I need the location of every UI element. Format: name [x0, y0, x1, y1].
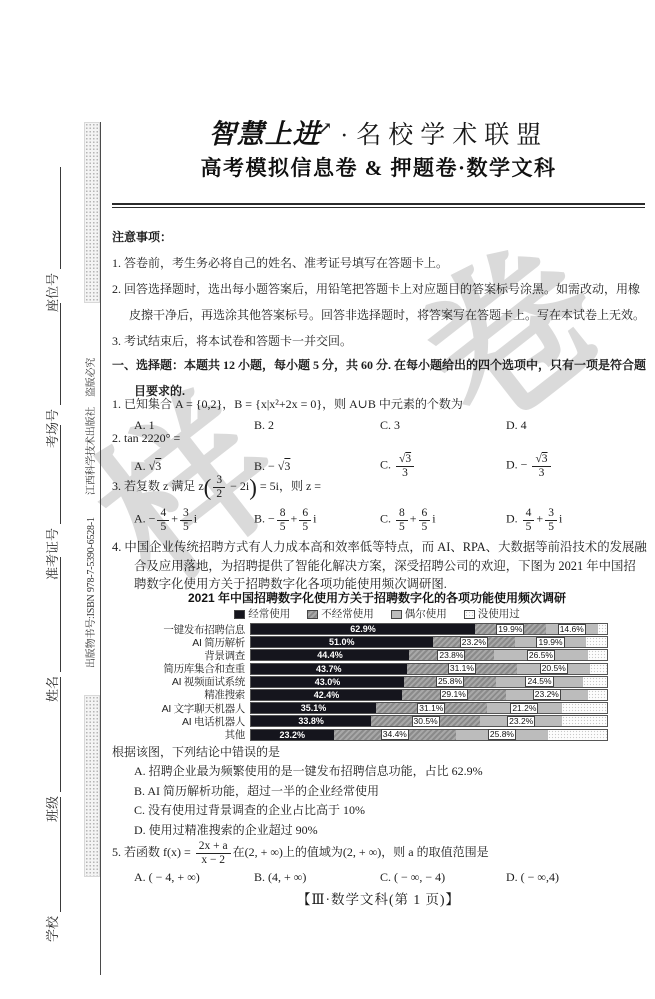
bar-segment-3 [586, 637, 607, 647]
segment-value: 43.7% [316, 664, 342, 674]
radicand: 3 [542, 453, 548, 465]
field-school: 学校 [42, 797, 61, 942]
fill-blank-line [47, 797, 61, 912]
bar-segment-1: 34.4% [334, 730, 456, 740]
question-4-options: 根据该图，下列结论中错误的是 A. 招聘企业最为频繁使用的是一键发布招聘信息功能… [112, 742, 647, 840]
fill-blank-line [47, 677, 61, 792]
plus-sign: + [291, 512, 298, 526]
right-paren: ) [249, 475, 257, 500]
option-a: A. ( − 4, + ∞) [134, 866, 254, 888]
legend-label: 没使用过 [478, 608, 520, 620]
option-b: B. AI 简历解析功能，超过一半的企业经常使用 [112, 782, 647, 802]
option-d: D. 45+35i [506, 507, 647, 533]
stem-text: 5. 若函数 f(x) = [112, 845, 191, 859]
stem-text: 3. 若复数 z 满足 z [112, 479, 204, 493]
radicand: 3 [405, 453, 411, 465]
option-b: B. (4, + ∞) [254, 866, 380, 888]
question-stem: 3. 若复数 z 满足 z(32 − 2i) = 5i，则 z = [112, 470, 647, 502]
chart-rows: 一键发布招聘信息62.9%19.9%14.6%AI 简历解析51.0%23.2%… [146, 623, 608, 741]
bar-segment-3 [590, 664, 607, 674]
bar-segment-3 [562, 703, 607, 713]
denominator: 5 [523, 520, 535, 533]
notice-item: 1. 答卷前，考生务必将自己的姓名、准考证号填写在答题卡上。 [112, 250, 647, 276]
bar-segment-0: 35.1% [251, 703, 376, 713]
bar-segment-2: 26.5% [494, 650, 588, 660]
bar-segment-0: 44.4% [251, 650, 409, 660]
numerator: 4 [157, 507, 169, 519]
option-a: A. −45+35i [134, 507, 254, 533]
bar-row: AI 电话机器人33.8%30.5%23.2% [146, 715, 608, 727]
segment-value: 23.2% [460, 637, 488, 648]
numerator: √3 [532, 453, 550, 465]
segment-value: 62.9% [350, 624, 376, 634]
header-divider [112, 203, 645, 208]
left-paren: ( [204, 475, 212, 500]
option-d: D. ( − ∞,4) [506, 866, 647, 888]
numerator: 8 [277, 507, 289, 519]
question-stem: 1. 已知集合 A = {0,2}，B = {x|x²+2x = 0}，则 A∪… [112, 394, 647, 414]
numerator: √3 [396, 453, 414, 465]
seal-line [100, 122, 101, 975]
legend-swatch [234, 610, 245, 619]
imaginary-unit: i [313, 512, 316, 526]
option-c: C. ( − ∞, − 4) [380, 866, 506, 888]
chart-title: 2021 年中国招聘数字化使用方关于招聘数字化的各项功能使用频次调研 [146, 592, 608, 605]
denominator: 5 [180, 520, 192, 533]
field-label: 学校 [42, 916, 61, 942]
stacked-bar: 44.4%23.8%26.5% [250, 649, 608, 661]
imaginary-unit: i [559, 512, 562, 526]
bar-segment-2: 20.5% [517, 664, 590, 674]
fraction: 85 [396, 507, 408, 533]
option-label: A. [134, 512, 146, 526]
segment-value: 25.8% [488, 729, 516, 740]
segment-value: 29.1% [440, 689, 468, 700]
segment-value: 23.2% [533, 689, 561, 700]
denominator: x − 2 [196, 853, 231, 866]
brand-alliance-name: 名校学术联盟 [356, 122, 548, 149]
fraction: 85 [277, 507, 289, 533]
bar-segment-3 [588, 690, 607, 700]
isbn-text: 出版物书号:ISBN 978-7-5390-6528-1 [82, 517, 97, 668]
bar-segment-1: 31.1% [407, 664, 518, 674]
numerator: 6 [299, 507, 311, 519]
bar-segment-1: 30.5% [371, 716, 480, 726]
publisher-notice: 江西科学技术出版社 盗版必究 [82, 343, 97, 495]
stacked-bar: 35.1%31.1%21.2% [250, 702, 608, 714]
legend-item: 经常使用 [234, 608, 290, 620]
seal-texture-band-top [84, 122, 100, 303]
bar-segment-3 [588, 650, 607, 660]
bar-segment-0: 23.2% [251, 730, 334, 740]
numerator: 4 [523, 507, 535, 519]
stacked-bar: 23.2%34.4%25.8% [250, 729, 608, 741]
legend-label: 偶尔使用 [405, 608, 447, 620]
bar-segment-0: 62.9% [251, 624, 475, 634]
fill-blank-line [47, 425, 61, 524]
options-row: A. −45+35i B. −85+65i C. 85+65i D. 45+35… [134, 502, 647, 538]
legend-swatch [307, 610, 318, 619]
fraction: 35 [180, 507, 192, 533]
option-c: C. 85+65i [380, 507, 506, 533]
segment-value: 51.0% [329, 637, 355, 647]
segment-value: 21.2% [510, 703, 538, 714]
denominator: 2 [213, 487, 225, 500]
segment-value: 26.5% [527, 650, 555, 661]
bar-segment-0: 43.0% [251, 677, 404, 687]
legend-item: 不经常使用 [307, 608, 374, 620]
logo-arrow-icon: ↗ [319, 120, 332, 137]
bar-row: AI 文字聊天机器人35.1%31.1%21.2% [146, 702, 608, 714]
question-stem: 2. tan 2220° = [112, 428, 647, 448]
segment-value: 23.2% [280, 730, 306, 740]
segment-value: 23.2% [507, 716, 535, 727]
denominator: 5 [299, 520, 311, 533]
seal-texture-band-bottom [84, 695, 100, 877]
minus-sign: − [268, 512, 275, 526]
notice-title: 注意事项： [112, 224, 647, 250]
segment-value: 34.4% [381, 729, 409, 740]
stem-text: − 2i [230, 479, 249, 493]
legend-swatch [391, 610, 402, 619]
paper-title: 高考模拟信息卷 & 押题卷·数学文科 [112, 152, 645, 182]
bar-segment-3 [562, 716, 607, 726]
bar-segment-2: 23.2% [506, 690, 589, 700]
legend-item: 没使用过 [464, 608, 520, 620]
publisher-text: 江西科学技术出版社 盗版必究 [82, 358, 97, 495]
option-label: C. [380, 512, 391, 526]
exam-paper-page: 样 卷 座位号 考场号 准考证号 姓名 班级 学校 江西科学技术出版社 盗版必究… [0, 0, 655, 999]
denominator: 5 [545, 520, 557, 533]
option-label: B. [254, 512, 265, 526]
segment-value: 24.5% [525, 676, 553, 687]
bar-segment-2: 14.6% [546, 624, 598, 634]
isbn-notice: 出版物书号:ISBN 978-7-5390-6528-1 [82, 496, 97, 668]
segment-value: 31.1% [448, 663, 476, 674]
segment-value: 14.6% [558, 624, 586, 635]
bar-category-label: 其他 [146, 727, 250, 742]
bar-row: AI 视频面试系统43.0%25.8%24.5% [146, 676, 608, 688]
option-label: D. [506, 512, 518, 526]
bar-segment-1: 23.2% [433, 637, 516, 647]
bar-row: AI 简历解析51.0%23.2%19.9% [146, 636, 608, 648]
fraction: 45 [157, 507, 169, 533]
bar-segment-2: 19.9% [515, 637, 586, 647]
fraction: 45 [523, 507, 535, 533]
notice-item: 3. 考试结束后，将本试卷和答题卡一并交回。 [112, 328, 647, 354]
brand-separator-dot: · [340, 123, 348, 149]
question-stem: 5. 若函数 f(x) = 2x + ax − 2在(2, + ∞)上的值域为(… [112, 838, 647, 866]
option-a: A. 招聘企业最为频繁使用的是一键发布招聘信息功能，占比 62.9% [112, 762, 647, 782]
question-3: 3. 若复数 z 满足 z(32 − 2i) = 5i，则 z = A. −45… [112, 470, 647, 538]
denominator: 5 [396, 520, 408, 533]
stacked-bar: 42.4%29.1%23.2% [250, 689, 608, 701]
fill-blank-line [47, 167, 61, 269]
stem-text: 在(2, + ∞)上的值域为(2, + ∞)，则 a 的取值范围是 [233, 845, 489, 859]
legend-label: 不经常使用 [321, 608, 374, 620]
segment-value: 44.4% [317, 650, 343, 660]
notice-item: 2. 回答选择题时，选出每小题答案后，用铅笔把答题卡上对应题目的答案标号涂黑。如… [112, 276, 647, 328]
bar-segment-3 [583, 677, 607, 687]
segment-value: 20.5% [540, 663, 568, 674]
segment-value: 19.9% [496, 624, 524, 635]
stem-text: = 5i，则 z = [260, 479, 321, 493]
numerator: 3 [180, 507, 192, 519]
bar-segment-2: 23.2% [480, 716, 563, 726]
plus-sign: + [171, 512, 178, 526]
bar-segment-0: 33.8% [251, 716, 371, 726]
legend-label: 经常使用 [248, 608, 290, 620]
chart-legend: 经常使用不经常使用偶尔使用没使用过 [146, 608, 608, 620]
fraction: 35 [545, 507, 557, 533]
question-prompt: 根据该图，下列结论中错误的是 [112, 742, 647, 762]
question-4-stem: 4. 中国企业传统招聘方式有人力成本高和效率低等特点，而 AI、RPA、大数据等… [112, 538, 647, 594]
segment-value: 25.8% [436, 676, 464, 687]
stacked-bar: 62.9%19.9%14.6% [250, 623, 608, 635]
segment-value: 19.9% [536, 637, 564, 648]
numerator: 3 [545, 507, 557, 519]
bar-row: 一键发布招聘信息62.9%19.9%14.6% [146, 623, 608, 635]
survey-chart: 2021 年中国招聘数字化使用方关于招聘数字化的各项功能使用频次调研 经常使用不… [146, 592, 608, 742]
fraction: 2x + ax − 2 [196, 840, 231, 866]
bar-segment-0: 51.0% [251, 637, 433, 647]
fill-blank-line [47, 303, 61, 405]
segment-value: 43.0% [315, 677, 341, 687]
stacked-bar: 33.8%30.5%23.2% [250, 715, 608, 727]
stacked-bar: 43.0%25.8%24.5% [250, 676, 608, 688]
segment-value: 30.5% [412, 716, 440, 727]
bar-segment-1: 23.8% [409, 650, 494, 660]
denominator: 5 [277, 520, 289, 533]
brand-header: 智慧上进↗·名校学术联盟 [112, 112, 645, 151]
bar-row: 其他23.2%34.4%25.8% [146, 729, 608, 741]
brand-logo: 智慧上进 [209, 119, 321, 149]
stacked-bar: 51.0%23.2%19.9% [250, 636, 608, 648]
option-c: C. 没有使用过背景调查的企业占比高于 10% [112, 801, 647, 821]
bar-row: 简历库集合和查重43.7%31.1%20.5% [146, 663, 608, 675]
bar-segment-0: 43.7% [251, 664, 407, 674]
imaginary-unit: i [432, 512, 435, 526]
numerator: 2x + a [196, 840, 231, 852]
fraction: 65 [419, 507, 431, 533]
numerator: 8 [396, 507, 408, 519]
denominator: 5 [157, 520, 169, 533]
bar-segment-3 [548, 730, 607, 740]
question-5: 5. 若函数 f(x) = 2x + ax − 2在(2, + ∞)上的值域为(… [112, 838, 647, 888]
legend-swatch [464, 610, 475, 619]
field-seat-number: 座位号 [42, 167, 61, 312]
stacked-bar: 43.7%31.1%20.5% [250, 663, 608, 675]
segment-value: 33.8% [298, 716, 324, 726]
segment-value: 42.4% [314, 690, 340, 700]
fraction: 65 [299, 507, 311, 533]
fraction: 32 [213, 474, 225, 500]
plus-sign: + [536, 512, 543, 526]
bar-segment-1: 25.8% [404, 677, 496, 687]
option-b: B. −85+65i [254, 507, 380, 533]
bar-segment-2: 25.8% [456, 730, 548, 740]
imaginary-unit: i [194, 512, 197, 526]
bar-segment-1: 29.1% [402, 690, 506, 700]
bar-segment-3 [598, 624, 607, 634]
options-row: A. ( − 4, + ∞) B. (4, + ∞) C. ( − ∞, − 4… [134, 866, 647, 888]
minus-sign: − [149, 512, 156, 526]
bar-row: 精准搜索42.4%29.1%23.2% [146, 689, 608, 701]
notice-section: 注意事项： 1. 答卷前，考生务必将自己的姓名、准考证号填写在答题卡上。 2. … [112, 224, 647, 354]
fill-blank-line [47, 557, 61, 672]
numerator: 3 [213, 474, 225, 486]
denominator: 5 [419, 520, 431, 533]
segment-value: 35.1% [301, 703, 327, 713]
plus-sign: + [410, 512, 417, 526]
segment-value: 31.1% [417, 703, 445, 714]
bar-segment-2: 21.2% [487, 703, 562, 713]
bar-segment-1: 31.1% [376, 703, 487, 713]
bar-segment-0: 42.4% [251, 690, 402, 700]
bar-segment-2: 24.5% [496, 677, 583, 687]
page-footer: 【Ⅲ·数学文科(第 1 页)】 [112, 888, 645, 908]
bar-row: 背景调查44.4%23.8%26.5% [146, 649, 608, 661]
segment-value: 23.8% [437, 650, 465, 661]
numerator: 6 [419, 507, 431, 519]
legend-item: 偶尔使用 [391, 608, 447, 620]
bar-segment-1: 19.9% [475, 624, 546, 634]
